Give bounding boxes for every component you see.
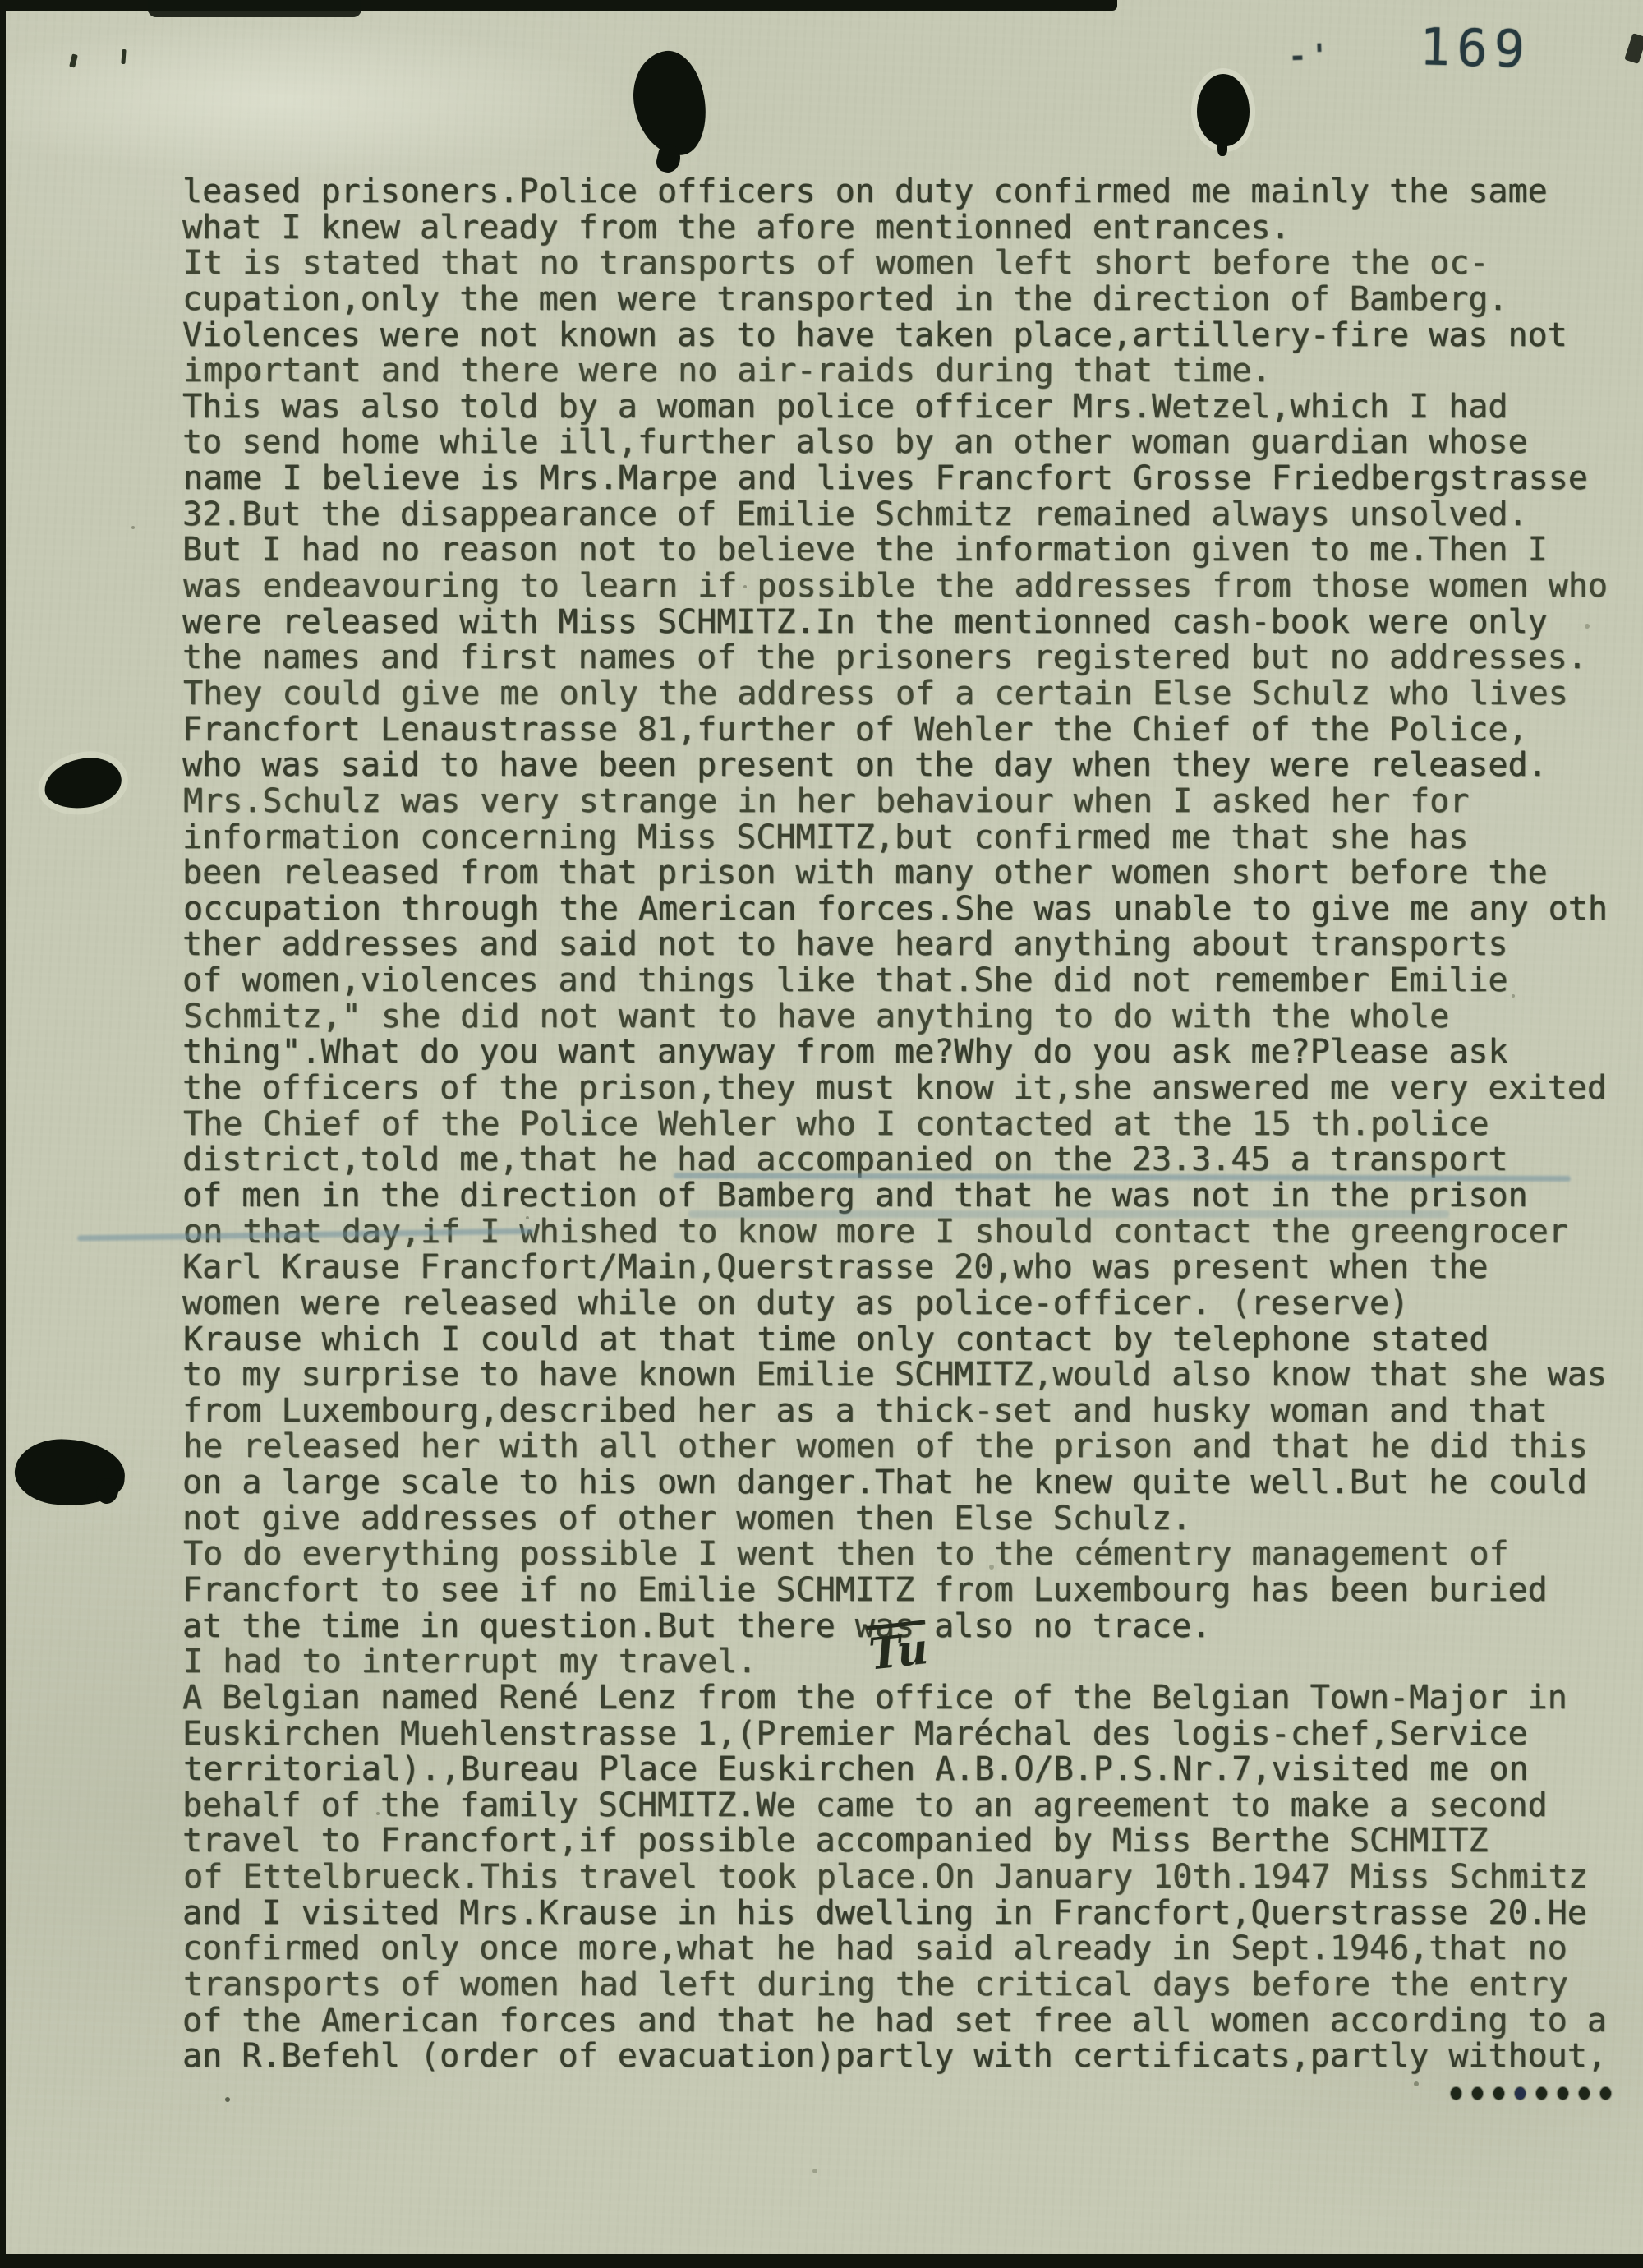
typewritten-line: They could give me only the address of a… xyxy=(183,676,1643,712)
typewritten-line: 32.But the disappearance of Emilie Schmi… xyxy=(182,497,1643,533)
typewritten-line: occupation through the American forces.S… xyxy=(183,892,1643,928)
trailing-dots xyxy=(1451,2087,1611,2100)
typewritten-line: transports of women had left during the … xyxy=(183,1967,1643,2003)
typewritten-line: It is stated that no transports of women… xyxy=(183,246,1643,282)
paper-light-patch xyxy=(0,21,624,177)
typewritten-line: ther addresses and said not to have hear… xyxy=(182,927,1643,963)
typewritten-line: Krause which I could at that time only c… xyxy=(183,1322,1643,1358)
typewritten-line: who was said to have been present on the… xyxy=(182,748,1643,784)
typewritten-line: were released with Miss SCHMITZ.In the m… xyxy=(182,605,1643,641)
typewritten-line: he released her with all other women of … xyxy=(183,1429,1643,1465)
typewritten-line: women were released while on duty as pol… xyxy=(182,1286,1643,1322)
scan-edge-bottom xyxy=(0,2254,1643,2268)
typewritten-line: information concerning Miss SCHMITZ,but … xyxy=(182,820,1643,856)
scan-edge-top-smudge xyxy=(148,0,361,17)
scanned-document-page: -' 169 leased prisoners.Police officers … xyxy=(0,0,1643,2268)
typewritten-line: of men in the direction of Bamberg and t… xyxy=(182,1178,1643,1215)
typewritten-line: of the American forces and that he had s… xyxy=(182,2003,1643,2040)
typewritten-line: The Chief of the Police Wehler who I con… xyxy=(183,1107,1643,1143)
typewritten-line: of Ettelbrueck.This travel took place.On… xyxy=(183,1860,1643,1896)
scan-edge-left xyxy=(0,8,6,2266)
typewritten-line: was endeavouring to learn if possible th… xyxy=(183,569,1643,605)
typewritten-line: travel to Francfort,if possible accompan… xyxy=(182,1823,1643,1860)
typewritten-line: the names and first names of the prisone… xyxy=(182,640,1643,676)
typewritten-line: on a large scale to his own danger.That … xyxy=(182,1465,1643,1501)
typewritten-line: cupation,only the men were transported i… xyxy=(182,282,1643,318)
typewritten-line: Violences were not known as to have take… xyxy=(182,318,1643,354)
typewritten-line: and I visited Mrs.Krause in his dwelling… xyxy=(182,1896,1643,1932)
typewritten-line: Mrs.Schulz was very strange in her behav… xyxy=(183,784,1643,820)
typewritten-line: been released from that prison with many… xyxy=(182,855,1643,892)
typewritten-line: thing".What do you want anyway from me?W… xyxy=(182,1035,1643,1071)
typewritten-text: leased prisoners.Police officers on duty… xyxy=(182,174,1643,2075)
typewritten-line: to send home while ill,further also by a… xyxy=(182,425,1643,461)
typewritten-line: But I had no reason not to believe the i… xyxy=(182,532,1643,569)
typewritten-line: Francfort Lenaustrasse 81,further of Weh… xyxy=(182,712,1643,749)
typewritten-line: leased prisoners.Police officers on duty… xyxy=(182,174,1643,210)
typewritten-line: not give addresses of other women then E… xyxy=(182,1501,1643,1537)
typewritten-line: of women,violences and things like that.… xyxy=(182,963,1643,999)
typewritten-line: This was also told by a woman police off… xyxy=(182,390,1643,426)
typewritten-line: A Belgian named René Lenz from the offic… xyxy=(182,1680,1643,1717)
ink-blot-top-right xyxy=(1197,74,1250,146)
handwritten-note: Tu xyxy=(867,1624,931,1680)
typewritten-line: territorial).,Bureau Place Euskirchen A.… xyxy=(183,1752,1643,1788)
typewritten-line: Schmitz," she did not want to have anyth… xyxy=(183,999,1643,1035)
typewritten-line: Karl Krause Francfort/Main,Querstrasse 2… xyxy=(182,1250,1643,1286)
ink-blot-top-center xyxy=(628,47,711,160)
typewritten-line: what I knew already from the afore menti… xyxy=(182,210,1643,247)
typewritten-line: To do everything possible I went then to… xyxy=(183,1537,1643,1573)
typewritten-line: to my surprise to have known Emilie SCHM… xyxy=(182,1358,1643,1394)
pencil-underline-2 xyxy=(688,1210,1449,1218)
typewritten-line: Euskirchen Muehlenstrasse 1,(Premier Mar… xyxy=(182,1717,1643,1753)
typewritten-line: the officers of the prison,they must kno… xyxy=(182,1071,1643,1107)
ink-blot-left-margin-upper xyxy=(43,755,124,811)
typewritten-line: behalf of the family SCHMITZ.We came to … xyxy=(182,1788,1643,1824)
page-number: 169 xyxy=(1419,16,1532,80)
typewritten-line: from Luxembourg,described her as a thick… xyxy=(182,1394,1643,1430)
typewritten-line: name I believe is Mrs.Marpe and lives Fr… xyxy=(183,461,1643,497)
typewritten-line: confirmed only once more,what he had sai… xyxy=(182,1931,1643,1967)
typewritten-line: Francfort to see if no Emilie SCHMITZ fr… xyxy=(182,1573,1643,1609)
page-header-dash: -' xyxy=(1287,37,1332,75)
ink-blot-top-right-tail xyxy=(1217,140,1227,156)
typewritten-line: an R.Befehl (order of evacuation)partly … xyxy=(182,2039,1643,2075)
typewritten-line: important and there were no air-raids du… xyxy=(183,353,1643,390)
scan-mark-top-right xyxy=(1624,33,1643,64)
